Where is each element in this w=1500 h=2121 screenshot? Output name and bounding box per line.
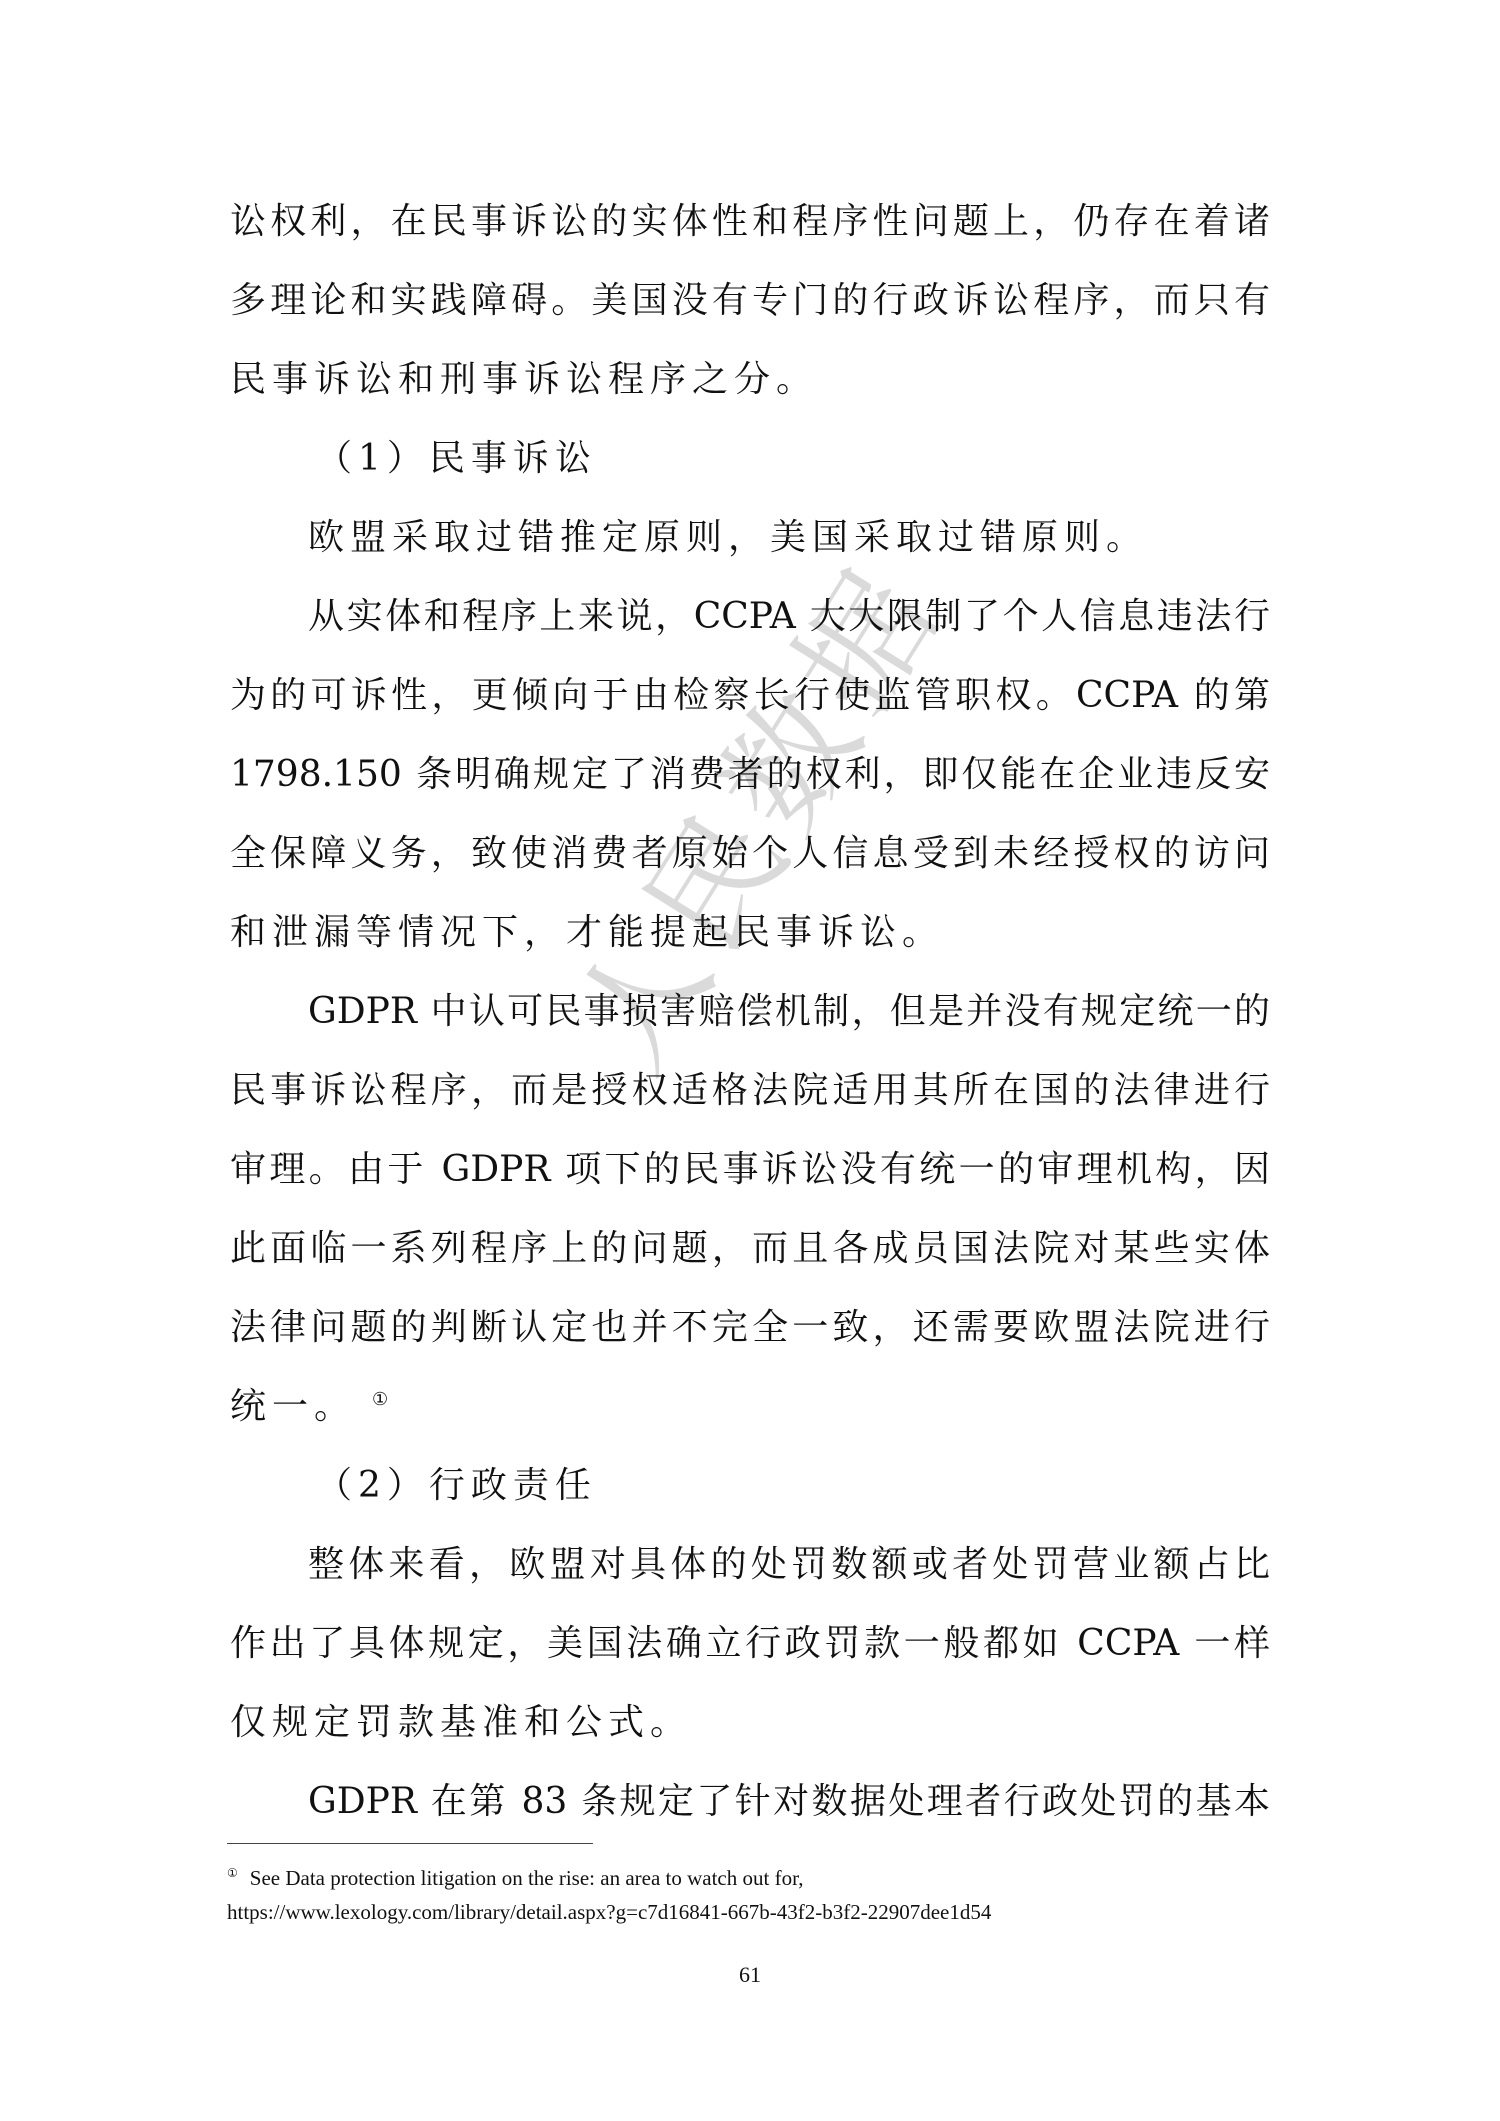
body-line: 审理。由于 GDPR 项下的民事诉讼没有统一的审理机构，因 [230, 1140, 1270, 1200]
footnote-url[interactable]: https://www.lexology.com/library/detail.… [227, 1897, 991, 1927]
body-line: 此面临一系列程序上的问题，而且各成员国法院对某些实体 [230, 1219, 1270, 1279]
body-line: 为的可诉性，更倾向于由检察长行使监管职权。CCPA 的第 [230, 666, 1270, 726]
body-line: 1798.150 条明确规定了消费者的权利，即仅能在企业违反安 [230, 745, 1270, 805]
section-heading-administrative-liability: （2）行政责任 [316, 1456, 597, 1516]
footnote: ①See Data protection litigation on the r… [227, 1858, 804, 1893]
body-line: 和泄漏等情况下，才能提起民事诉讼。 [230, 903, 1270, 963]
body-line: 法律问题的判断认定也并不完全一致，还需要欧盟法院进行 [230, 1298, 1270, 1358]
body-line: GDPR 中认可民事损害赔偿机制，但是并没有规定统一的 [308, 982, 1270, 1042]
document-page: 人民数据 讼权利，在民事诉讼的实体性和程序性问题上，仍存在着诸 多理论和实践障碍… [0, 0, 1500, 2121]
page-number: 61 [0, 1960, 1500, 1990]
body-line: 民事诉讼程序，而是授权适格法院适用其所在国的法律进行 [230, 1061, 1270, 1121]
footnote-reference[interactable]: ① [372, 1389, 394, 1410]
body-line: 全保障义务，致使消费者原始个人信息受到未经授权的访问 [230, 824, 1270, 884]
footnote-mark: ① [227, 1866, 238, 1880]
body-line: 讼权利，在民事诉讼的实体性和程序性问题上，仍存在着诸 [230, 192, 1270, 252]
body-line: 统一。① [230, 1377, 1270, 1437]
body-line: GDPR 在第 83 条规定了针对数据处理者行政处罚的基本 [308, 1772, 1270, 1832]
body-line: 民事诉讼和刑事诉讼程序之分。 [230, 350, 1270, 410]
footnote-separator [227, 1843, 593, 1844]
section-heading-civil-litigation: （1）民事诉讼 [316, 429, 597, 489]
body-line: 从实体和程序上来说，CCPA 大大限制了个人信息违法行 [308, 587, 1270, 647]
body-line: 整体来看，欧盟对具体的处罚数额或者处罚营业额占比 [308, 1535, 1270, 1595]
body-text: 统一。 [230, 1386, 356, 1427]
body-line: 欧盟采取过错推定原则，美国采取过错原则。 [308, 508, 1270, 568]
body-line: 仅规定罚款基准和公式。 [230, 1693, 1270, 1753]
body-line: 作出了具体规定，美国法确立行政罚款一般都如 CCPA 一样 [230, 1614, 1270, 1674]
body-line: 多理论和实践障碍。美国没有专门的行政诉讼程序，而只有 [230, 271, 1270, 331]
footnote-text: See Data protection litigation on the ri… [250, 1866, 804, 1890]
